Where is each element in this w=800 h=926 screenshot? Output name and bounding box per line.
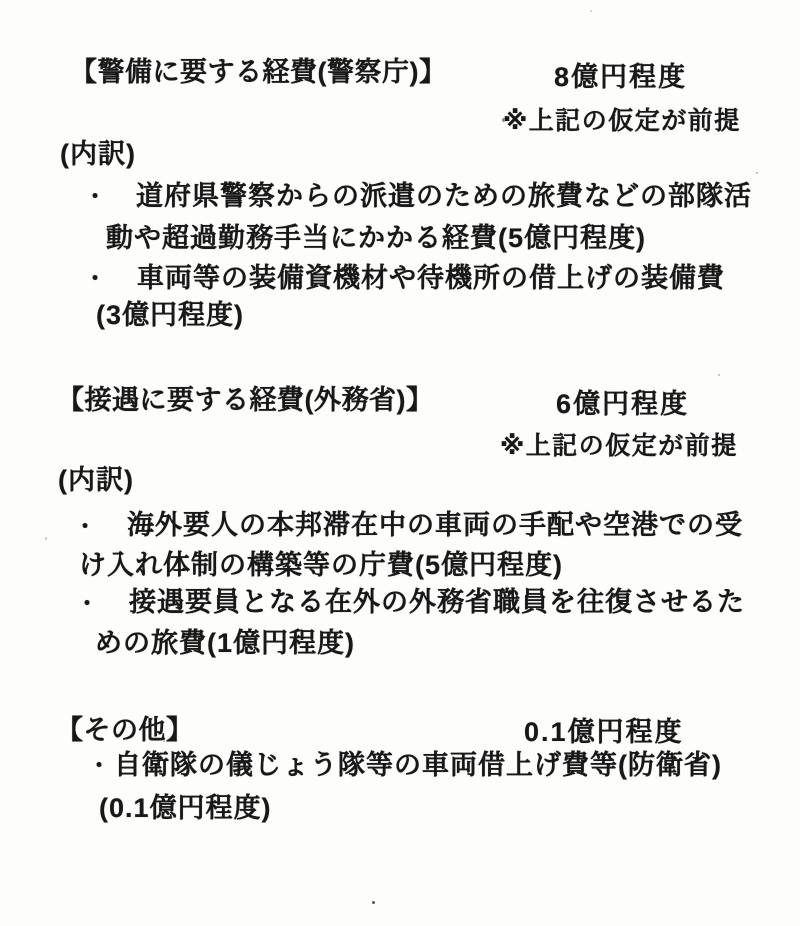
bullet-icon: ・ (88, 749, 111, 782)
section-1-breakdown-label: (内訳) (60, 138, 136, 171)
section-2-heading: 【接遇に要する経費(外務省)】 (57, 384, 433, 417)
section-2-note: ※上記の仮定が前提 (500, 430, 738, 463)
section-3-item-1-line-2: (0.1億円程度) (99, 792, 272, 825)
section-1-item-1-line-1: 道府県警察からの派遣のための旅費などの部隊活 (136, 180, 752, 213)
bullet-icon: ・ (84, 180, 107, 213)
scan-speck (502, 118, 505, 122)
section-3-heading: 【その他】 (56, 714, 194, 747)
section-1-item-2-line-2: (3億円程度) (96, 299, 244, 332)
section-2-item-1-line-1: 海外要人の本邦滞在中の車両の手配や空港での受 (127, 509, 743, 542)
bullet-icon: ・ (76, 587, 99, 620)
section-2-amount: 6億円程度 (556, 388, 689, 421)
section-1-item-2-line-1: 車両等の装備資機材や待機所の借上げの装備費 (137, 262, 725, 295)
section-1-heading: 【警備に要する経費(警察庁)】 (70, 56, 446, 89)
scan-speck (590, 10, 592, 12)
section-1-item-1-line-2: 動や超過勤務手当にかかる経費(5億円程度) (106, 222, 646, 255)
bullet-icon: ・ (74, 510, 97, 543)
section-2-item-2-line-2: めの旅費(1億円程度) (95, 627, 355, 660)
section-3-item-1-line-1: 自衛隊の儀じょう隊等の車両借上げ費等(防衛省) (114, 749, 722, 782)
scan-speck (756, 172, 758, 174)
bullet-icon: ・ (84, 262, 107, 295)
section-2-item-2-line-1: 接遇要員となる在外の外務省職員を往復させるた (129, 586, 745, 619)
scan-speck (163, 740, 165, 742)
section-2-item-1-line-2: け入れ体制の構築等の庁費(5億円程度) (79, 549, 563, 582)
scan-speck (45, 537, 47, 540)
scan-speck (718, 374, 720, 376)
section-2-breakdown-label: (内訳) (58, 464, 134, 497)
section-1-note: ※上記の仮定が前提 (503, 105, 741, 138)
section-1-amount: 8億円程度 (554, 61, 687, 94)
section-3-amount: 0.1億円程度 (524, 716, 684, 749)
scan-speck (372, 901, 375, 904)
scanned-document-page: 【警備に要する経費(警察庁)】 8億円程度 ※上記の仮定が前提 (内訳) ・ 道… (0, 0, 800, 926)
